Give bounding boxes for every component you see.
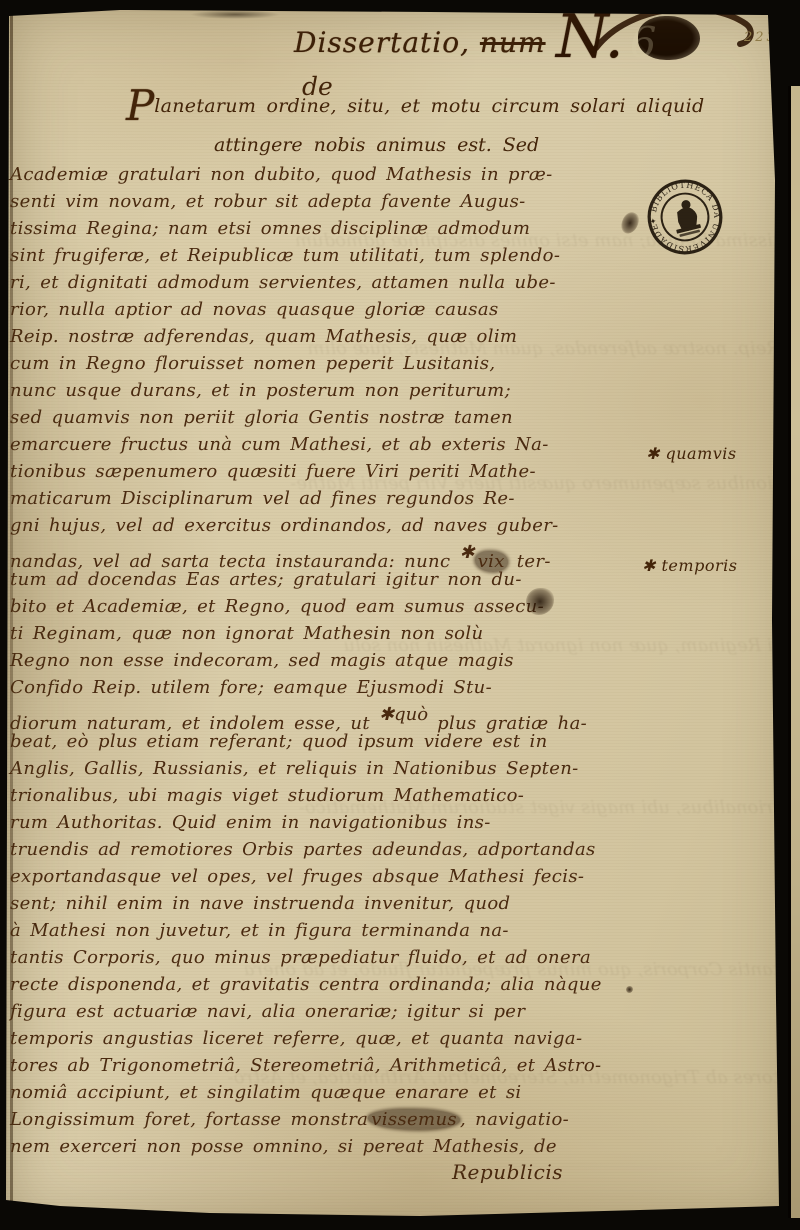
number-flourish — [590, 2, 770, 72]
text-segment: tionibus sæpenumero quæsiti fuere Viri p… — [10, 461, 536, 482]
scan-background: tissima Regina; nam etsi omnes disciplin… — [0, 0, 800, 1230]
text-line: Regno non esse indecoram, sed magis atqu… — [10, 650, 670, 677]
text-segment: tantis Corporis, quo minus præpediatur f… — [10, 947, 591, 968]
text-line: Anglis, Gallis, Russianis, et reliquis i… — [10, 758, 670, 785]
interlinear-insertion: ✱quò — [379, 704, 428, 725]
text-line: tum ad docendas Eas artes; gratulari igi… — [10, 569, 670, 596]
text-line: Longissimum foret, fortasse monstravisse… — [10, 1109, 670, 1136]
text-segment: sint frugiferæ, et Reipublicæ tum utilit… — [10, 245, 560, 266]
text-segment: Longissimum foret, fortasse monstra — [10, 1109, 368, 1130]
text-segment: rum Authoritas. Quid enim in navigationi… — [10, 812, 491, 833]
text-line: tissima Regina; nam etsi omnes disciplin… — [10, 218, 670, 245]
text-segment: Reip. nostræ adferendas, quam Mathesis, … — [10, 326, 517, 347]
text-segment: cum in Regno floruisset nomen peperit Lu… — [10, 353, 495, 374]
text-segment: senti vim novam, et robur sit adepta fav… — [10, 191, 526, 212]
text-segment: sent; nihil enim in nave instruenda inve… — [10, 893, 510, 914]
text-line: nomiâ accipiunt, et singilatim quæque en… — [10, 1082, 670, 1109]
manuscript-body: Academiæ gratulari non dubito, quod Math… — [10, 164, 670, 1163]
inked-out-word: vissemus — [368, 1109, 460, 1130]
text-line: rum Authoritas. Quid enim in navigationi… — [10, 812, 670, 839]
margin-note-quamvis: ✱ quamvis — [646, 444, 737, 463]
text-segment: à Mathesi non juvetur, et in figura term… — [10, 920, 509, 941]
text-line: recte disponenda, et gravitatis centra o… — [10, 974, 670, 1001]
text-line: ti Reginam, quæ non ignorat Mathesin non… — [10, 623, 670, 650]
text-segment: emarcuere fructus unà cum Mathesi, et ab… — [10, 434, 549, 455]
text-segment: tissima Regina; nam etsi omnes disciplin… — [10, 218, 530, 239]
text-segment: , navigatio- — [460, 1109, 569, 1130]
text-segment: Confido Reip. utilem fore; eamque Ejusmo… — [10, 677, 492, 698]
text-segment: bito et Academiæ, et Regno, quod eam sum… — [10, 596, 544, 617]
text-line: à Mathesi non juvetur, et in figura term… — [10, 920, 670, 947]
text-segment: tores ab Trigonometriâ, Stereometriâ, Ar… — [10, 1055, 601, 1076]
ink-speck — [784, 1086, 789, 1091]
edge-smudge — [190, 10, 280, 19]
text-line: emarcuere fructus unà cum Mathesi, et ab… — [10, 434, 670, 461]
text-segment: nomiâ accipiunt, et singilatim quæque en… — [10, 1082, 522, 1103]
title-text: Dissertatio, — [294, 26, 470, 59]
text-line: bito et Academiæ, et Regno, quod eam sum… — [10, 596, 670, 623]
text-line: diorum naturam, et indolem esse, ut ✱quò… — [10, 704, 670, 731]
text-line: sed quamvis non periit gloria Gentis nos… — [10, 407, 670, 434]
asterisk-mark: ✱ — [646, 444, 660, 463]
text-segment: nunc usque durans, et in posterum non pe… — [10, 380, 511, 401]
text-line: nandas, vel ad sarta tecta instauranda: … — [10, 542, 670, 569]
text-line: Academiæ gratulari non dubito, quod Math… — [10, 164, 670, 191]
text-segment: rior, nulla aptior ad novas quasque glor… — [10, 299, 499, 320]
text-line: Confido Reip. utilem fore; eamque Ejusmo… — [10, 677, 670, 704]
text-segment: beat, eò plus etiam referant; quod ipsum… — [10, 731, 548, 752]
text-line: figura est actuariæ navi, alia onerariæ;… — [10, 1001, 670, 1028]
text-segment: maticarum Disciplinarum vel ad fines reg… — [10, 488, 515, 509]
text-segment: ri, et dignitati admodum servientes, att… — [10, 272, 556, 293]
text-line: Reip. nostræ adferendas, quam Mathesis, … — [10, 326, 670, 353]
text-line: truendis ad remotiores Orbis partes adeu… — [10, 839, 670, 866]
text-segment: temporis angustias liceret referre, quæ,… — [10, 1028, 582, 1049]
text-line: exportandasque vel opes, vel fruges absq… — [10, 866, 670, 893]
text-segment: figura est actuariæ navi, alia onerariæ;… — [10, 1001, 525, 1022]
margin-note-temporis: ✱ temporis — [642, 556, 737, 575]
document-title: Dissertatio, num — [294, 26, 546, 59]
adjacent-page-edge — [791, 86, 800, 1218]
text-line: rior, nulla aptior ad novas quasque glor… — [10, 299, 670, 326]
text-line: gni hujus, vel ad exercitus ordinandos, … — [10, 515, 670, 542]
text-line: ri, et dignitati admodum servientes, att… — [10, 272, 670, 299]
interlinear-insertion: ✱ — [459, 542, 474, 563]
margin-note-text: quamvis — [666, 444, 737, 463]
text-segment: trionalibus, ubi magis viget studiorum M… — [10, 785, 524, 806]
text-segment: ti Reginam, quæ non ignorat Mathesin non… — [10, 623, 483, 644]
catchword: Republicis — [452, 1160, 563, 1184]
text-segment: nem exerceri non posse omnino, si pereat… — [10, 1136, 557, 1157]
subject-initial: P — [126, 81, 154, 130]
text-line: trionalibus, ubi magis viget studiorum M… — [10, 785, 670, 812]
text-line: nunc usque durans, et in posterum non pe… — [10, 380, 670, 407]
margin-note-text: temporis — [662, 556, 738, 575]
text-segment: tum ad docendas Eas artes; gratulari igi… — [10, 569, 522, 590]
subject-text: lanetarum ordine, situ, et motu circum s… — [154, 95, 704, 117]
subject-line: Planetarum ordine, situ, et motu circum … — [126, 86, 704, 126]
text-line: sint frugiferæ, et Reipublicæ tum utilit… — [10, 245, 670, 272]
text-segment: Anglis, Gallis, Russianis, et reliquis i… — [10, 758, 579, 779]
text-segment: sed quamvis non periit gloria Gentis nos… — [10, 407, 513, 428]
ink-speck — [781, 1030, 787, 1036]
number-value: 6 — [630, 18, 657, 67]
subject-line-2: attingere nobis animus est. Sed — [214, 134, 539, 156]
seated-figure — [670, 198, 702, 237]
manuscript-page: tissima Regina; nam etsi omnes disciplin… — [0, 0, 800, 1230]
title-struck-word: num — [480, 26, 546, 59]
text-line: sent; nihil enim in nave instruenda inve… — [10, 893, 670, 920]
text-segment: truendis ad remotiores Orbis partes adeu… — [10, 839, 596, 860]
text-segment: exportandasque vel opes, vel fruges absq… — [10, 866, 584, 887]
text-line: tores ab Trigonometriâ, Stereometriâ, Ar… — [10, 1055, 670, 1082]
text-line: maticarum Disciplinarum vel ad fines reg… — [10, 488, 670, 515]
text-line: senti vim novam, et robur sit adepta fav… — [10, 191, 670, 218]
text-line: tantis Corporis, quo minus præpediatur f… — [10, 947, 670, 974]
text-line: cum in Regno floruisset nomen peperit Lu… — [10, 353, 670, 380]
text-segment: Regno non esse indecoram, sed magis atqu… — [10, 650, 514, 671]
text-line: beat, eò plus etiam referant; quod ipsum… — [10, 731, 670, 758]
text-line: tionibus sæpenumero quæsiti fuere Viri p… — [10, 461, 670, 488]
text-segment: Academiæ gratulari non dubito, quod Math… — [10, 164, 553, 185]
asterisk-mark: ✱ — [642, 556, 656, 575]
text-line: temporis angustias liceret referre, quæ,… — [10, 1028, 670, 1055]
folio-page-number: 223- — [744, 30, 785, 45]
text-segment: recte disponenda, et gravitatis centra o… — [10, 974, 602, 995]
text-segment: gni hujus, vel ad exercitus ordinandos, … — [10, 515, 559, 536]
text-line: nem exerceri non posse omnino, si pereat… — [10, 1136, 670, 1163]
